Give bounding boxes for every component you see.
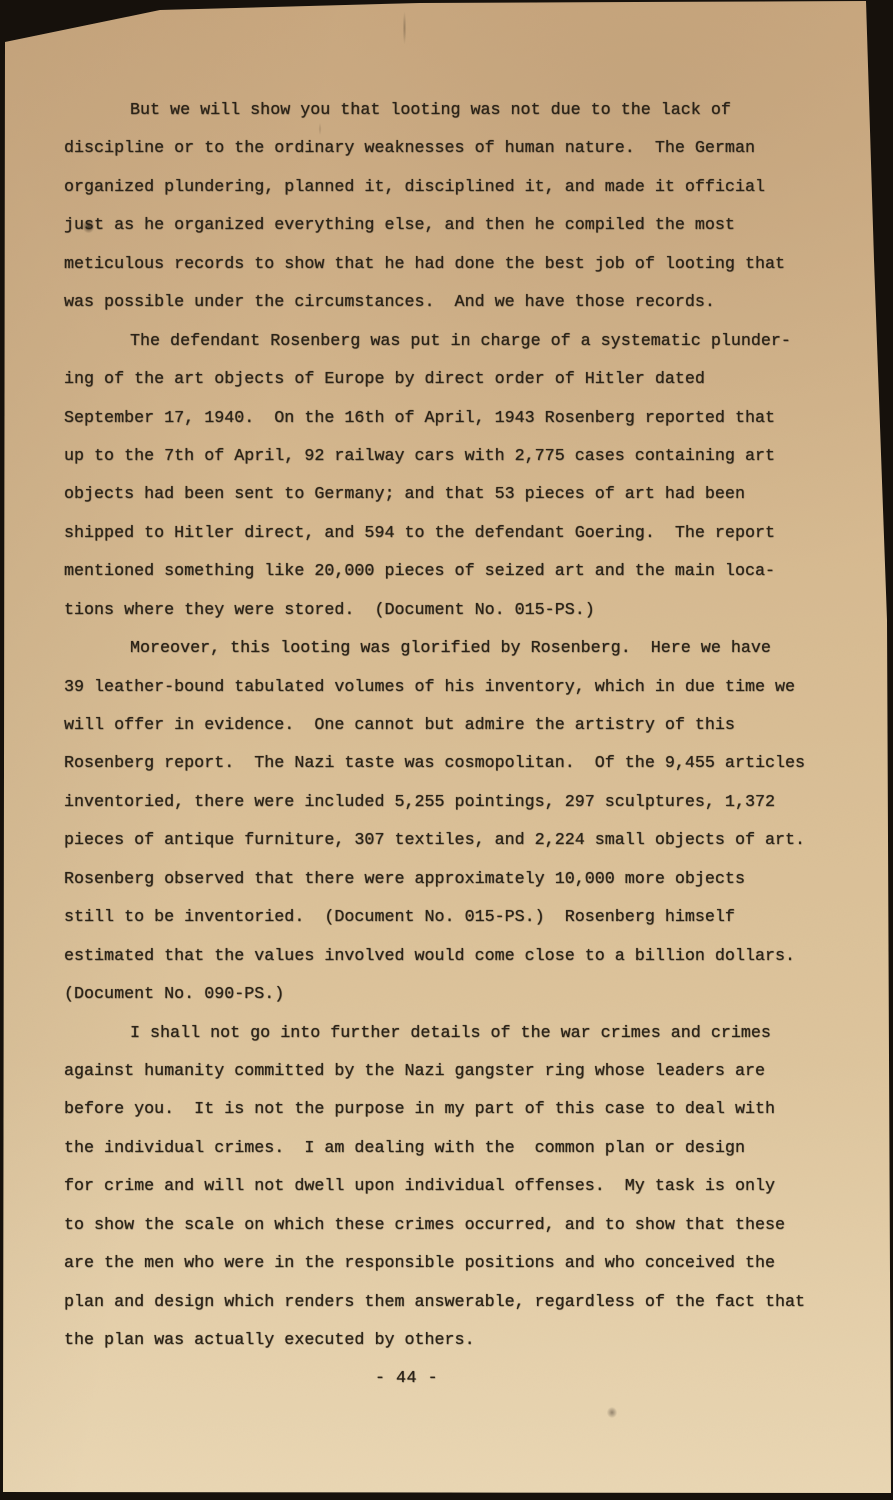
text-line: 39 leather-bound tabulated volumes of hi… <box>64 669 805 707</box>
paper-speck <box>402 4 407 52</box>
text-line: shipped to Hitler direct, and 594 to the… <box>64 515 805 553</box>
document-text: But we will show you that looting was no… <box>64 92 805 1399</box>
text-line: ing of the art objects of Europe by dire… <box>64 361 805 399</box>
text-line: objects had been sent to Germany; and th… <box>64 476 805 514</box>
text-line: still to be inventoried. (Document No. 0… <box>64 899 805 937</box>
text-line: was possible under the circumstances. An… <box>64 284 805 322</box>
text-line: mentioned something like 20,000 pieces o… <box>64 553 805 591</box>
text-line: estimated that the values involved would… <box>64 938 805 976</box>
text-line: Moreover, this looting was glorified by … <box>64 630 805 668</box>
text-line: I shall not go into further details of t… <box>64 1015 805 1053</box>
text-line: tions where they were stored. (Document … <box>64 592 805 630</box>
text-line: inventoried, there were included 5,255 p… <box>64 784 805 822</box>
scan-canvas: { "page": { "number_label": "- 44 -", "p… <box>0 0 893 1500</box>
text-line: September 17, 1940. On the 16th of April… <box>64 400 805 438</box>
text-line: against humanity committed by the Nazi g… <box>64 1053 805 1091</box>
text-line: are the men who were in the responsible … <box>64 1245 805 1283</box>
text-line: meticulous records to show that he had d… <box>64 246 805 284</box>
text-line: the plan was actually executed by others… <box>64 1322 805 1360</box>
text-line: will offer in evidence. One cannot but a… <box>64 707 805 745</box>
text-line: the individual crimes. I am dealing with… <box>64 1130 805 1168</box>
scanned-page: But we will show you that looting was no… <box>0 0 893 1500</box>
page-number: - 44 - <box>64 1360 805 1398</box>
paper-smudge-dot <box>605 1405 619 1420</box>
text-line: The defendant Rosenberg was put in charg… <box>64 323 805 361</box>
text-line: Rosenberg report. The Nazi taste was cos… <box>64 745 805 783</box>
text-line: up to the 7th of April, 92 railway cars … <box>64 438 805 476</box>
text-line: organized plundering, planned it, discip… <box>64 169 805 207</box>
text-line: before you. It is not the purpose in my … <box>64 1091 805 1129</box>
text-line: But we will show you that looting was no… <box>64 92 805 130</box>
text-line: for crime and will not dwell upon indivi… <box>64 1168 805 1206</box>
text-line: plan and design which renders them answe… <box>64 1284 805 1322</box>
text-line: discipline or to the ordinary weaknesses… <box>64 130 805 168</box>
text-line: Rosenberg observed that there were appro… <box>64 861 805 899</box>
text-line: (Document No. 090-PS.) <box>64 976 805 1014</box>
text-line: to show the scale on which these crimes … <box>64 1207 805 1245</box>
text-line: pieces of antique furniture, 307 textile… <box>64 822 805 860</box>
text-line: just as he organized everything else, an… <box>64 207 805 245</box>
